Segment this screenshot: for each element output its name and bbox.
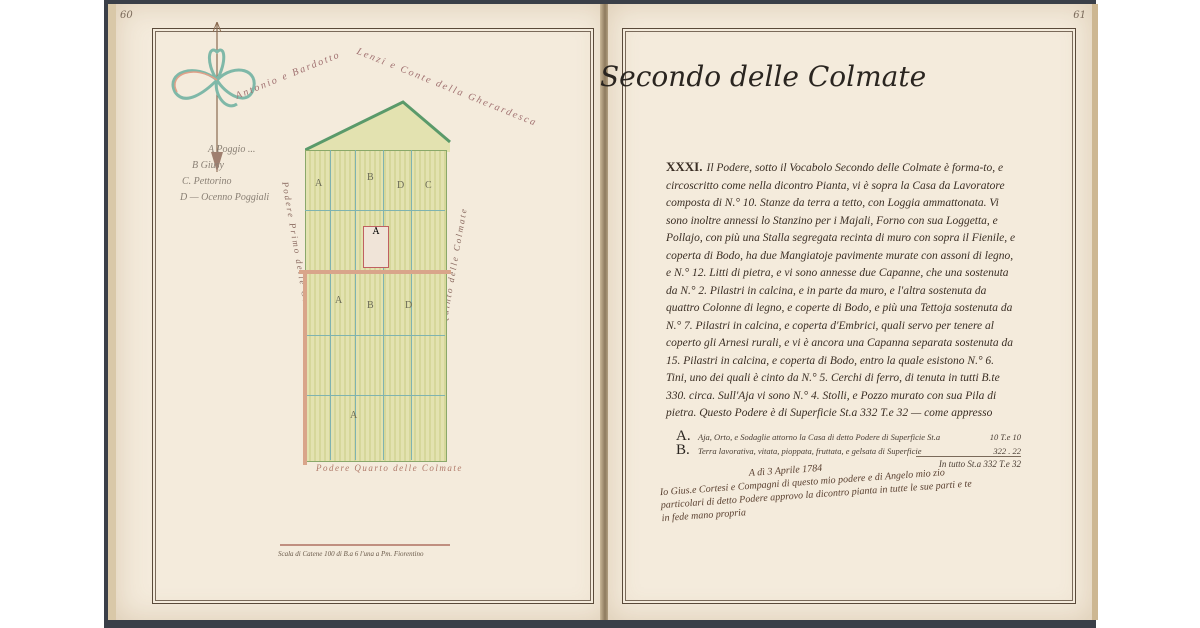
- plot-roof-boundary: [305, 100, 455, 152]
- field-divider: [305, 210, 445, 211]
- field-divider: [305, 335, 445, 336]
- estate-description: XXXI.Il Podere, sotto il Vocabolo Second…: [666, 158, 1016, 423]
- map-caption: Podere Quarto delle Colmate: [316, 463, 463, 473]
- surface-row: A. Aja, Orto, e Sodaglie attorno la Casa…: [676, 428, 1021, 442]
- estate-map: A A B D C A B D A: [305, 100, 453, 465]
- entry-text: Il Podere, sotto il Vocabolo Secondo del…: [666, 162, 1015, 419]
- plot-label: B: [367, 172, 374, 183]
- legend-item: D — Ocenno Poggiali: [180, 190, 269, 206]
- page-title: Secondo delle Colmate: [600, 60, 926, 93]
- plot-label: A: [335, 295, 342, 306]
- field-divider: [383, 150, 384, 460]
- plot-label: A: [350, 410, 357, 421]
- plot-label: A: [315, 178, 322, 189]
- scale-caption: Scala di Catene 100 di B.a 6 l'una a Pm.…: [278, 550, 424, 558]
- legend-item: B Giusy: [192, 158, 269, 174]
- road: [299, 270, 451, 274]
- field-divider: [330, 150, 331, 460]
- plot-label: C: [425, 180, 432, 191]
- farm-plot: [305, 150, 447, 462]
- left-page-number: 60: [120, 10, 133, 21]
- entry-number: XXXI.: [666, 159, 702, 174]
- right-page-number: 61: [1073, 10, 1086, 21]
- field-divider: [305, 395, 445, 396]
- scale-bar: [280, 540, 450, 546]
- plot-label: D: [397, 180, 404, 191]
- road: [303, 270, 307, 465]
- plot-label: B: [367, 300, 374, 311]
- compass-legend: A Poggio ... B Giusy C. Pettorino D — Oc…: [160, 142, 269, 206]
- row-value: 10 T.e 10: [961, 432, 1021, 442]
- legend-item: C. Pettorino: [182, 174, 269, 190]
- plot-label: D: [405, 300, 412, 311]
- farmhouse: A: [363, 226, 389, 268]
- row-description: Aja, Orto, e Sodaglie attorno la Casa di…: [698, 432, 961, 442]
- legend-item: A Poggio ...: [208, 142, 269, 158]
- row-letter: B.: [676, 442, 698, 459]
